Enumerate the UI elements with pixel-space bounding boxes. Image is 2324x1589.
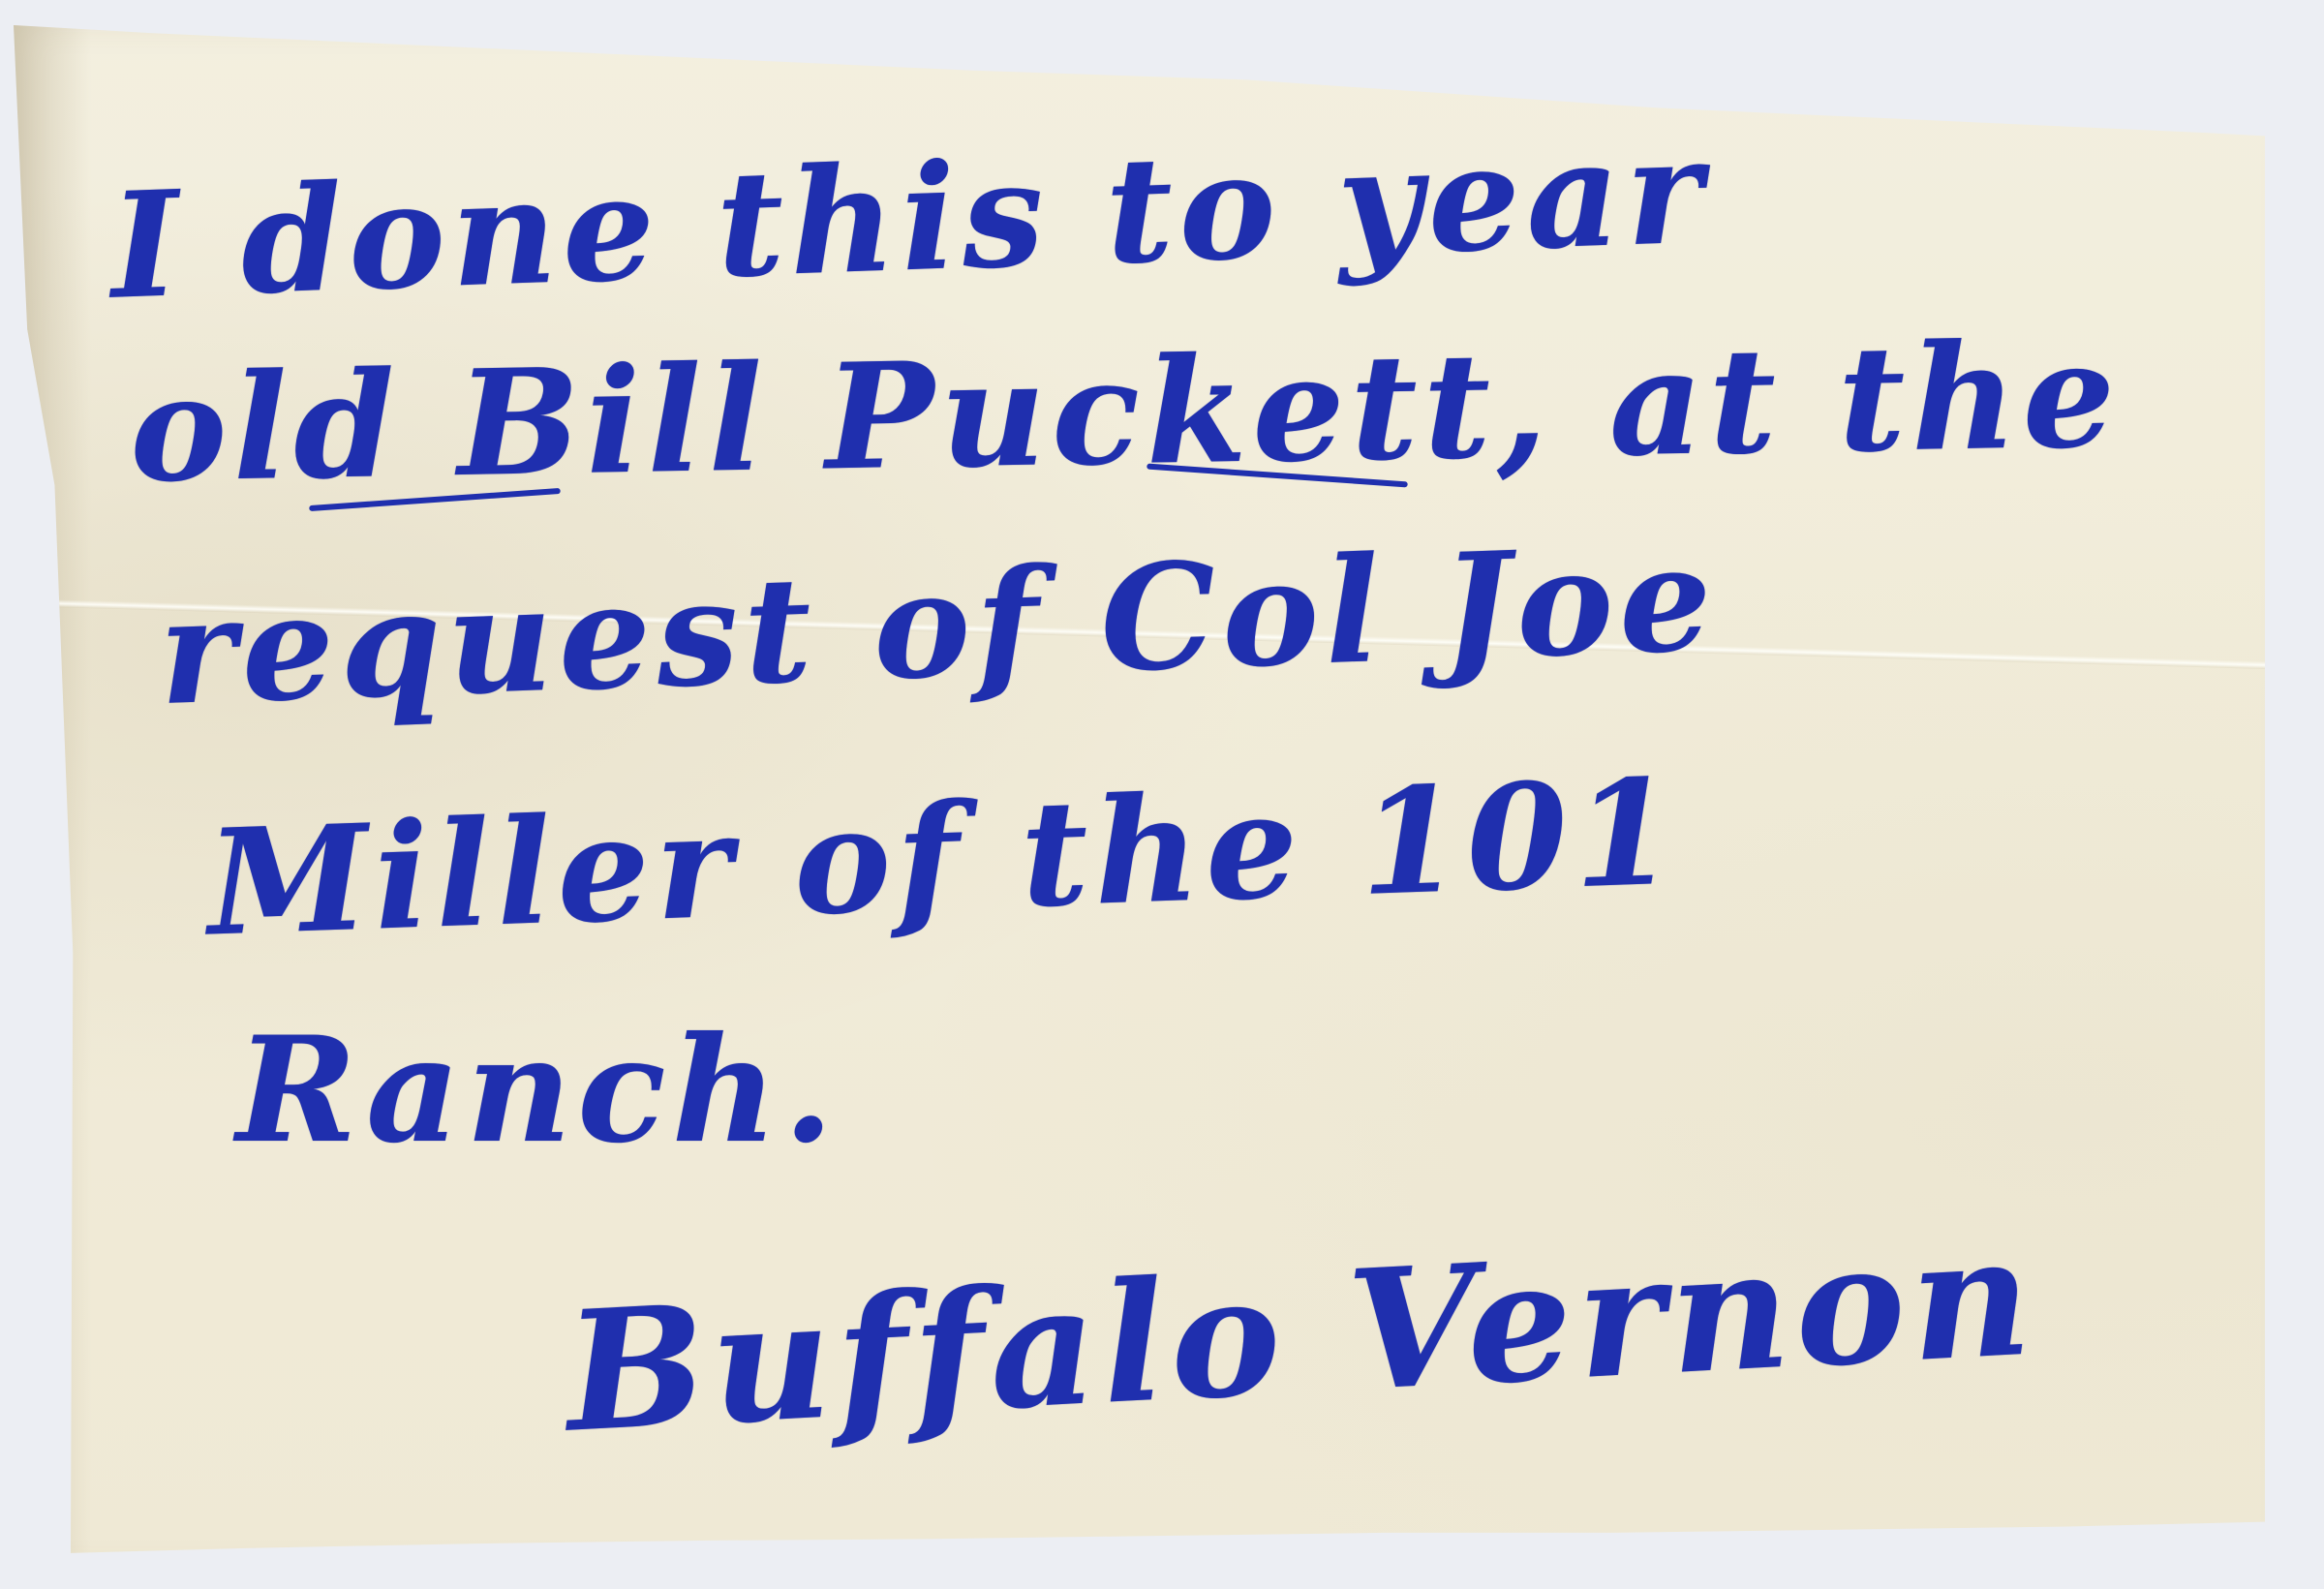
- note-line-5: Ranch.: [236, 1005, 840, 1176]
- scan-background: I done this to year old Bill Puckett, at…: [0, 0, 2324, 1589]
- card-left-edge-stain: [14, 17, 91, 1576]
- note-line-1: I done this to year: [107, 106, 1711, 331]
- note-line-2: old Bill Puckett, at the: [129, 310, 2123, 515]
- note-card: I done this to year old Bill Puckett, at…: [14, 17, 2297, 1576]
- note-line-4: Miller of the 101: [204, 748, 1683, 969]
- note-line-3: request of Col Joe: [156, 513, 1720, 738]
- signature: Buffalo Vernon: [562, 1199, 2041, 1469]
